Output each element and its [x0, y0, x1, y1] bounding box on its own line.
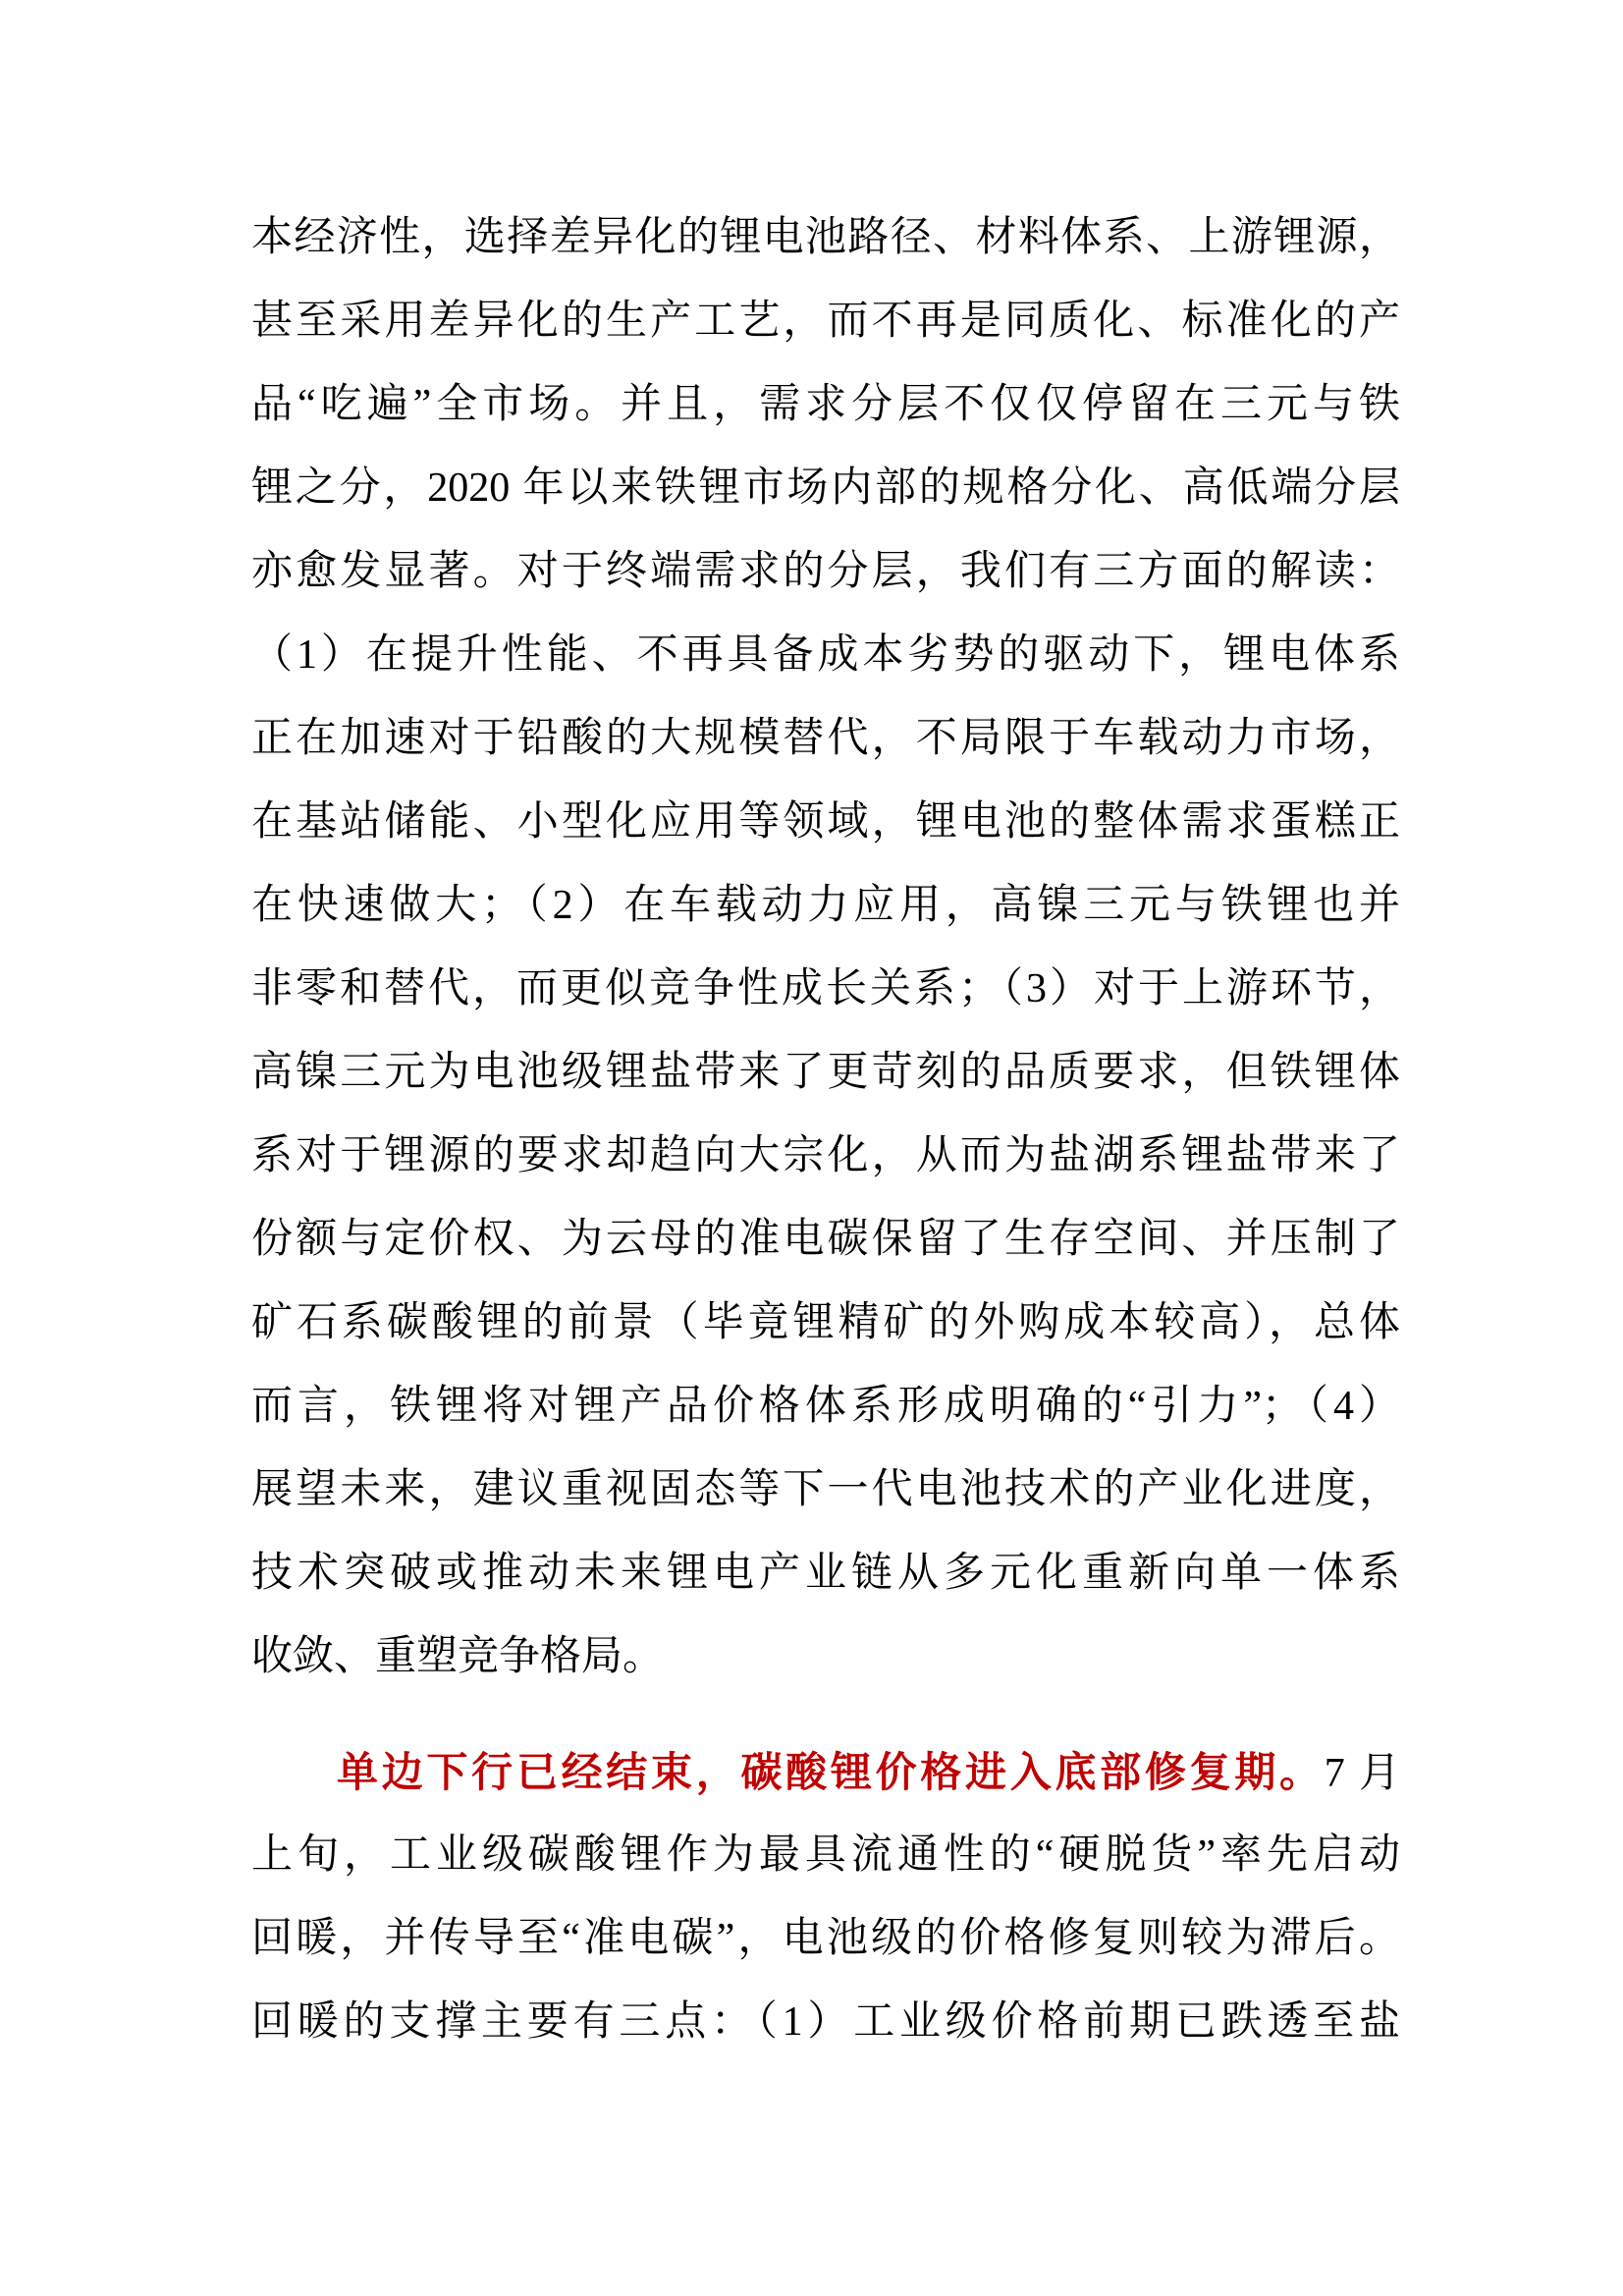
text-line: 回暖，并传导至“准电碳”，电池级的价格修复则较为滞后。 — [251, 1897, 1400, 1981]
red-emphasis-text: 单边下行已经结束，碳酸锂价格进入底部修复期。 — [337, 1749, 1325, 1795]
text-line: 亦愈发显著。对于终端需求的分层，我们有三方面的解读： — [251, 530, 1400, 614]
text-line-paragraph-start: 单边下行已经结束，碳酸锂价格进入底部修复期。7 月 — [251, 1730, 1400, 1814]
text-line: 而言，铁锂将对锂产品价格体系形成明确的“引力”；（4） — [251, 1365, 1400, 1449]
text-line: 品“吃遍”全市场。并且，需求分层不仅仅停留在三元与铁 — [251, 363, 1400, 447]
text-line: 矿石系碳酸锂的前景（毕竟锂精矿的外购成本较高），总体 — [251, 1282, 1400, 1365]
text-line: （1）在提升性能、不再具备成本劣势的驱动下，锂电体系 — [251, 614, 1400, 697]
text-line: 甚至采用差异化的生产工艺，而不再是同质化、标准化的产 — [251, 280, 1400, 363]
text-line: 上旬，工业级碳酸锂作为最具流通性的“硬脱货”率先启动 — [251, 1814, 1400, 1897]
text-line: 本经济性，选择差异化的锂电池路径、材料体系、上游锂源， — [251, 196, 1400, 280]
black-suffix-text: 7 月 — [1325, 1751, 1400, 1796]
text-line: 技术突破或推动未来锂电产业链从多元化重新向单一体系 — [251, 1532, 1400, 1615]
text-line: 展望未来，建议重视固态等下一代电池技术的产业化进度， — [251, 1449, 1400, 1532]
text-line-paragraph-end: 收敛、重塑竞争格局。 — [251, 1615, 1400, 1699]
text-line: 份额与定价权、为云母的准电碳保留了生存空间、并压制了 — [251, 1198, 1400, 1282]
text-line: 正在加速对于铅酸的大规模替代，不局限于车载动力市场， — [251, 697, 1400, 781]
text-line: 回暖的支撑主要有三点：（1）工业级价格前期已跌透至盐 — [251, 1981, 1400, 2064]
text-line: 系对于锂源的要求却趋向大宗化，从而为盐湖系锂盐带来了 — [251, 1115, 1400, 1198]
text-line: 锂之分，2020 年以来铁锂市场内部的规格分化、高低端分层 — [251, 447, 1400, 530]
text-line: 非零和替代，而更似竞争性成长关系；（3）对于上游环节， — [251, 948, 1400, 1031]
document-page: 本经济性，选择差异化的锂电池路径、材料体系、上游锂源， 甚至采用差异化的生产工艺… — [0, 0, 1623, 2296]
text-line: 在快速做大；（2）在车载动力应用，高镍三元与铁锂也并 — [251, 864, 1400, 948]
text-line: 高镍三元为电池级锂盐带来了更苛刻的品质要求，但铁锂体 — [251, 1031, 1400, 1115]
body-text-block: 本经济性，选择差异化的锂电池路径、材料体系、上游锂源， 甚至采用差异化的生产工艺… — [251, 196, 1400, 2064]
text-line: 在基站储能、小型化应用等领域，锂电池的整体需求蛋糕正 — [251, 781, 1400, 864]
